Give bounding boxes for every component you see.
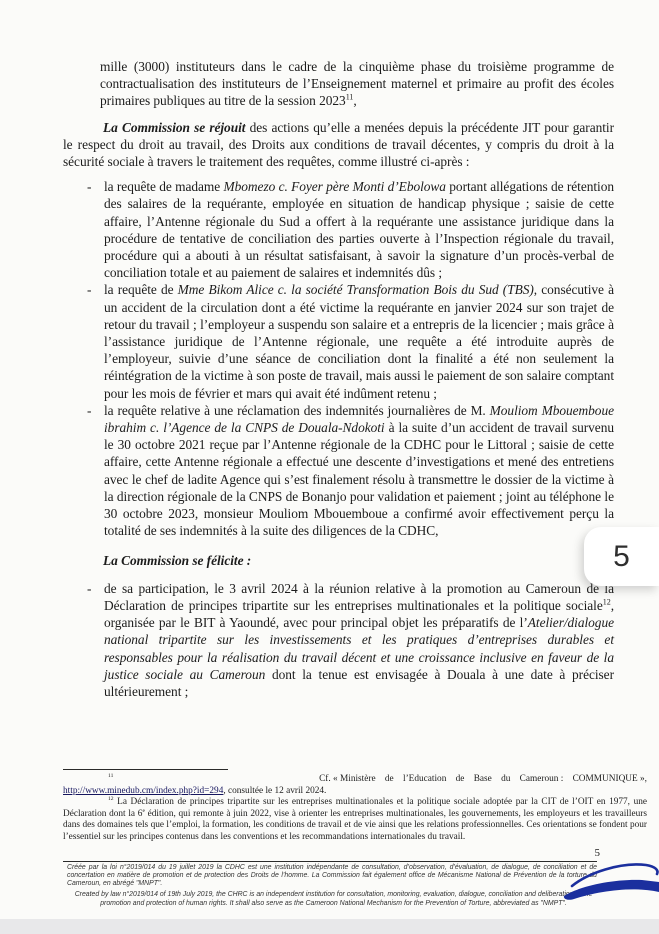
participation-text-pre: de sa participation, le 3 avril 2024 à l… [104,581,614,613]
request-text-post: portant allégations de rétention des sal… [104,179,614,280]
footnote-11-tail: , consultée le 12 avril 2024. [223,786,326,796]
request-bullet-mbomezo: - la requête de madame Mbomezo c. Foyer … [63,178,614,281]
page-number-overlay: 5 [584,527,659,586]
paragraph-continuation: mille (3000) instituteurs dans le cadre … [100,58,614,110]
request-bullet-bikom: - la requête de Mme Bikom Alice c. la so… [63,281,614,401]
footer-text-english: Created by law n°2019/014 of 19th July 2… [63,891,604,908]
commission-felicite-heading: La Commission se félicite : [103,552,614,569]
footnotes-block: 11Cf. « Ministère de l’Education de Base… [63,774,647,844]
ink-scribble [562,855,659,905]
case-name: Mbomezo c. Foyer père Monti d’Ebolowa [224,179,446,194]
page-number-overlay-value: 5 [613,540,630,574]
request-text-pre: la requête de [104,282,178,297]
footnote-11: 11Cf. « Ministère de l’Education de Base… [63,774,647,797]
dash-bullet: - [87,178,91,195]
request-text-pre: la requête relative à une réclamation de… [104,403,490,418]
request-text-pre: la requête de madame [104,179,224,194]
page-number: 5 [63,847,600,859]
commission-rejouit-paragraph: La Commission se réjouit des actions qu’… [63,119,614,171]
footnote-ref-12: 12 [603,597,611,606]
footnote-12: 12 La Déclaration de principes tripartit… [63,797,647,843]
case-name: Mme Bikom Alice c. la société Transforma… [178,282,534,297]
viewer-bottom-strip [0,919,659,934]
request-text-post: à la suite d’un accident de travail surv… [104,420,614,538]
footnote-footer-zone: 11Cf. « Ministère de l’Education de Base… [0,769,659,934]
paragraph-continuation-text: mille (3000) instituteurs dans le cadre … [100,59,614,108]
dash-bullet: - [87,402,91,419]
footnote-url-link[interactable]: http://www.minedub.cm/index.php?id=294 [63,786,223,796]
footnote-12-text-post: édition, qui remonte à juin 2022, vise à… [63,809,647,842]
footer-separator [63,861,597,862]
footer-text-french: Créée par la loi n°2019/014 du 19 juille… [67,864,597,889]
request-bullet-mouliom: - la requête relative à une réclamation … [63,402,614,540]
document-page: mille (3000) instituteurs dans le cadre … [0,0,659,934]
requests-list: - la requête de madame Mbomezo c. Foyer … [63,178,614,539]
footnote-11-text: Cf. « Ministère de l’Education de Base d… [319,774,647,786]
footnote-11-line1: 11Cf. « Ministère de l’Education de Base… [63,774,647,786]
request-text-post: , consécutive à un accident de la circul… [104,282,614,400]
dash-bullet: - [87,580,91,597]
footnote-12-marker: 12 [108,796,114,802]
dash-bullet: - [87,281,91,298]
footnote-11-line2: http://www.minedub.cm/index.php?id=294, … [63,786,647,798]
commission-rejouit-lead: La Commission se réjouit [103,120,245,135]
footnote-separator [63,769,228,770]
paragraph-continuation-tail: , [353,93,356,108]
participation-bullet: - de sa participation, le 3 avril 2024 à… [63,580,614,700]
page-body: mille (3000) instituteurs dans le cadre … [0,0,659,700]
